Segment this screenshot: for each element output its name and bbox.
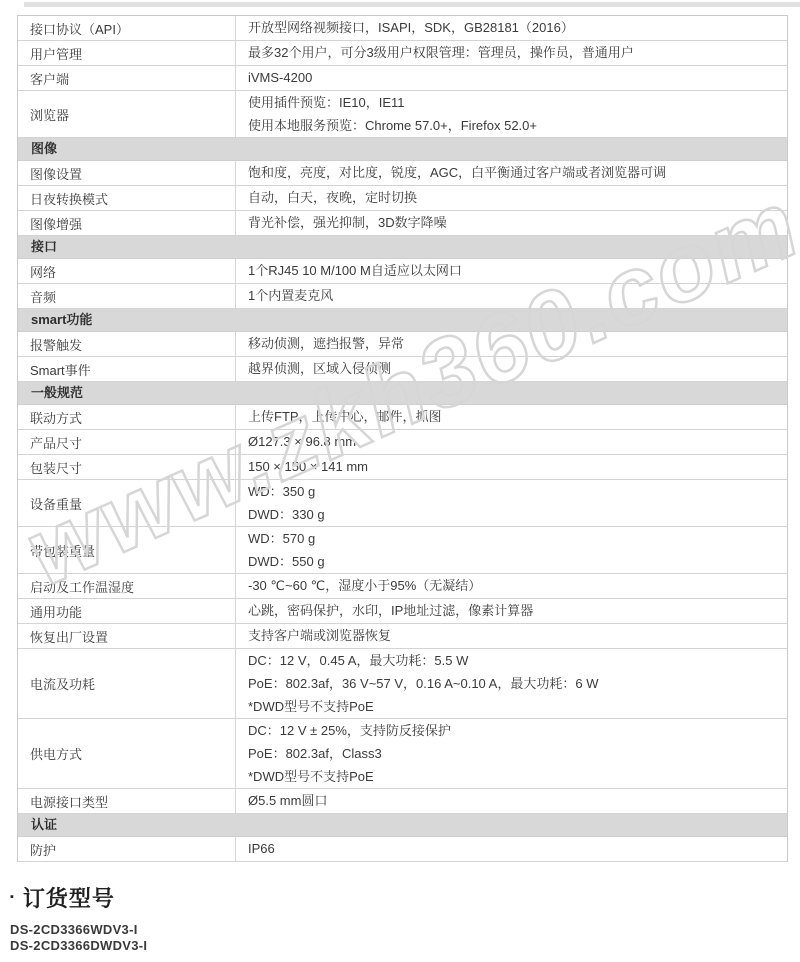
spec-label: 电流及功耗 bbox=[18, 649, 236, 718]
bullet-icon: ▪ bbox=[10, 892, 14, 903]
spec-value: 开放型网络视频接口，ISAPI，SDK，GB28181（2016） bbox=[236, 16, 787, 40]
section-header-label: 接口 bbox=[18, 236, 70, 258]
spec-value-line: 最多32个用户，可分3级用户权限管理：管理员，操作员，普通用户 bbox=[248, 41, 775, 65]
spec-label: 产品尺寸 bbox=[18, 430, 236, 454]
section-header-row: 一般规范 bbox=[18, 382, 787, 405]
spec-label: 带包装重量 bbox=[18, 527, 236, 573]
spec-value-line: WD：570 g bbox=[248, 527, 775, 550]
spec-value-line: 1个内置麦克风 bbox=[248, 284, 775, 308]
spec-row: 音频 1个内置麦克风 bbox=[18, 284, 787, 309]
spec-value-line: 开放型网络视频接口，ISAPI，SDK，GB28181（2016） bbox=[248, 16, 775, 40]
spec-label: Smart事件 bbox=[18, 357, 236, 381]
spec-value: 饱和度，亮度，对比度，锐度，AGC，白平衡通过客户端或者浏览器可调 bbox=[236, 161, 787, 185]
section-header-row: 认证 bbox=[18, 814, 787, 837]
spec-label: 联动方式 bbox=[18, 405, 236, 429]
spec-value-line: 150 × 150 × 141 mm bbox=[248, 455, 775, 479]
spec-value-line: 心跳，密码保护，水印，IP地址过滤，像素计算器 bbox=[248, 599, 775, 623]
spec-value-line: DWD：330 g bbox=[248, 503, 775, 526]
spec-value-line: 饱和度，亮度，对比度，锐度，AGC，白平衡通过客户端或者浏览器可调 bbox=[248, 161, 775, 185]
spec-value: WD：570 g DWD：550 g bbox=[236, 527, 787, 573]
spec-value-line: Ø5.5 mm圆口 bbox=[248, 789, 775, 813]
spec-table: 接口协议（API） 开放型网络视频接口，ISAPI，SDK，GB28181（20… bbox=[17, 15, 788, 862]
spec-value-line: 移动侦测，遮挡报警，异常 bbox=[248, 332, 775, 356]
spec-row: 供电方式 DC：12 V ± 25%，支持防反接保护 PoE：802.3af，C… bbox=[18, 719, 787, 789]
spec-value-line: 支持客户端或浏览器恢复 bbox=[248, 624, 775, 648]
spec-value-line: 上传FTP，上传中心，邮件，抓图 bbox=[248, 405, 775, 429]
spec-value-line: *DWD型号不支持PoE bbox=[248, 695, 775, 718]
section-header-row: smart功能 bbox=[18, 309, 787, 332]
spec-label: 设备重量 bbox=[18, 480, 236, 526]
spec-value: iVMS-4200 bbox=[236, 66, 787, 90]
model-number: DS-2CD3366DWDV3-I bbox=[10, 938, 147, 954]
spec-label: 供电方式 bbox=[18, 719, 236, 788]
spec-value: 1个RJ45 10 M/100 M自适应以太网口 bbox=[236, 259, 787, 283]
spec-label: 通用功能 bbox=[18, 599, 236, 623]
spec-row: 带包装重量 WD：570 g DWD：550 g bbox=[18, 527, 787, 574]
spec-value: DC：12 V ± 25%，支持防反接保护 PoE：802.3af，Class3… bbox=[236, 719, 787, 788]
model-number: DS-2CD3366WDV3-I bbox=[10, 922, 147, 938]
spec-label: 图像增强 bbox=[18, 211, 236, 235]
spec-value: 背光补偿，强光抑制，3D数字降噪 bbox=[236, 211, 787, 235]
spec-row: 用户管理 最多32个用户，可分3级用户权限管理：管理员，操作员，普通用户 bbox=[18, 41, 787, 66]
spec-value: 上传FTP，上传中心，邮件，抓图 bbox=[236, 405, 787, 429]
spec-row: 产品尺寸 Ø127.3 × 96.8 mm bbox=[18, 430, 787, 455]
spec-value: Ø127.3 × 96.8 mm bbox=[236, 430, 787, 454]
spec-row: Smart事件 越界侦测，区域入侵侦测 bbox=[18, 357, 787, 382]
spec-value: 自动，白天，夜晚，定时切换 bbox=[236, 186, 787, 210]
spec-value-line: 越界侦测，区域入侵侦测 bbox=[248, 357, 775, 381]
spec-value: 心跳，密码保护，水印，IP地址过滤，像素计算器 bbox=[236, 599, 787, 623]
spec-value: 越界侦测，区域入侵侦测 bbox=[236, 357, 787, 381]
section-header-row: 接口 bbox=[18, 236, 787, 259]
spec-value: DC：12 V，0.45 A，最大功耗：5.5 W PoE：802.3af，36… bbox=[236, 649, 787, 718]
spec-value: IP66 bbox=[236, 837, 787, 861]
spec-value: 最多32个用户，可分3级用户权限管理：管理员，操作员，普通用户 bbox=[236, 41, 787, 65]
order-heading: ▪ 订货型号 bbox=[10, 882, 147, 913]
spec-label: 图像设置 bbox=[18, 161, 236, 185]
spec-row: 报警触发 移动侦测，遮挡报警，异常 bbox=[18, 332, 787, 357]
spec-row: 启动及工作温湿度 -30 ℃~60 ℃，湿度小于95%（无凝结） bbox=[18, 574, 787, 599]
spec-value-line: DC：12 V ± 25%，支持防反接保护 bbox=[248, 719, 775, 742]
spec-label: 恢复出厂设置 bbox=[18, 624, 236, 648]
spec-label: 报警触发 bbox=[18, 332, 236, 356]
spec-value-line: iVMS-4200 bbox=[248, 66, 775, 90]
spec-label: 电源接口类型 bbox=[18, 789, 236, 813]
spec-value-line: DWD：550 g bbox=[248, 550, 775, 573]
spec-label: 防护 bbox=[18, 837, 236, 861]
section-header-label: 一般规范 bbox=[18, 382, 96, 404]
spec-value-line: -30 ℃~60 ℃，湿度小于95%（无凝结） bbox=[248, 574, 775, 598]
spec-value: Ø5.5 mm圆口 bbox=[236, 789, 787, 813]
spec-value-line: PoE：802.3af，Class3 bbox=[248, 742, 775, 765]
spec-value-line: *DWD型号不支持PoE bbox=[248, 765, 775, 788]
section-header-label: 图像 bbox=[18, 138, 70, 160]
order-title: 订货型号 bbox=[23, 882, 115, 913]
section-header-label: smart功能 bbox=[18, 309, 105, 331]
spec-label: 音频 bbox=[18, 284, 236, 308]
section-header-row: 图像 bbox=[18, 138, 787, 161]
spec-label: 客户端 bbox=[18, 66, 236, 90]
spec-label: 用户管理 bbox=[18, 41, 236, 65]
spec-value-line: 使用本地服务预览：Chrome 57.0+，Firefox 52.0+ bbox=[248, 114, 775, 137]
spec-row: 设备重量 WD：350 g DWD：330 g bbox=[18, 480, 787, 527]
spec-value: 150 × 150 × 141 mm bbox=[236, 455, 787, 479]
spec-row: 联动方式 上传FTP，上传中心，邮件，抓图 bbox=[18, 405, 787, 430]
spec-row: 浏览器 使用插件预览：IE10，IE11 使用本地服务预览：Chrome 57.… bbox=[18, 91, 787, 138]
spec-row: 接口协议（API） 开放型网络视频接口，ISAPI，SDK，GB28181（20… bbox=[18, 16, 787, 41]
spec-row: 图像设置 饱和度，亮度，对比度，锐度，AGC，白平衡通过客户端或者浏览器可调 bbox=[18, 161, 787, 186]
spec-label: 包装尺寸 bbox=[18, 455, 236, 479]
spec-row: 客户端 iVMS-4200 bbox=[18, 66, 787, 91]
spec-row: 包装尺寸 150 × 150 × 141 mm bbox=[18, 455, 787, 480]
order-section: ▪ 订货型号 DS-2CD3366WDV3-I DS-2CD3366DWDV3-… bbox=[10, 882, 147, 954]
spec-label: 浏览器 bbox=[18, 91, 236, 137]
spec-label: 接口协议（API） bbox=[18, 16, 236, 40]
spec-value: 支持客户端或浏览器恢复 bbox=[236, 624, 787, 648]
spec-label: 启动及工作温湿度 bbox=[18, 574, 236, 598]
spec-label: 日夜转换模式 bbox=[18, 186, 236, 210]
spec-row: 图像增强 背光补偿，强光抑制，3D数字降噪 bbox=[18, 211, 787, 236]
spec-value: WD：350 g DWD：330 g bbox=[236, 480, 787, 526]
spec-value: 移动侦测，遮挡报警，异常 bbox=[236, 332, 787, 356]
spec-label: 网络 bbox=[18, 259, 236, 283]
spec-row: 网络 1个RJ45 10 M/100 M自适应以太网口 bbox=[18, 259, 787, 284]
spec-row: 电源接口类型 Ø5.5 mm圆口 bbox=[18, 789, 787, 814]
spec-value-line: PoE：802.3af，36 V~57 V，0.16 A~0.10 A，最大功耗… bbox=[248, 672, 775, 695]
spec-value: -30 ℃~60 ℃，湿度小于95%（无凝结） bbox=[236, 574, 787, 598]
spec-row: 电流及功耗 DC：12 V，0.45 A，最大功耗：5.5 W PoE：802.… bbox=[18, 649, 787, 719]
spec-value-line: DC：12 V，0.45 A，最大功耗：5.5 W bbox=[248, 649, 775, 672]
spec-value-line: 1个RJ45 10 M/100 M自适应以太网口 bbox=[248, 259, 775, 283]
spec-value: 使用插件预览：IE10，IE11 使用本地服务预览：Chrome 57.0+，F… bbox=[236, 91, 787, 137]
spec-value-line: Ø127.3 × 96.8 mm bbox=[248, 430, 775, 454]
spec-value-line: WD：350 g bbox=[248, 480, 775, 503]
spec-row: 防护 IP66 bbox=[18, 837, 787, 862]
spec-value-line: 使用插件预览：IE10，IE11 bbox=[248, 91, 775, 114]
section-header-label: 认证 bbox=[18, 814, 70, 836]
spec-value-line: 自动，白天，夜晚，定时切换 bbox=[248, 186, 775, 210]
spec-row: 恢复出厂设置 支持客户端或浏览器恢复 bbox=[18, 624, 787, 649]
model-list: DS-2CD3366WDV3-I DS-2CD3366DWDV3-I bbox=[10, 922, 147, 954]
page-edge-artifact bbox=[24, 2, 800, 7]
spec-value: 1个内置麦克风 bbox=[236, 284, 787, 308]
spec-value-line: 背光补偿，强光抑制，3D数字降噪 bbox=[248, 211, 775, 235]
spec-value-line: IP66 bbox=[248, 837, 775, 861]
spec-row: 通用功能 心跳，密码保护，水印，IP地址过滤，像素计算器 bbox=[18, 599, 787, 624]
spec-row: 日夜转换模式 自动，白天，夜晚，定时切换 bbox=[18, 186, 787, 211]
